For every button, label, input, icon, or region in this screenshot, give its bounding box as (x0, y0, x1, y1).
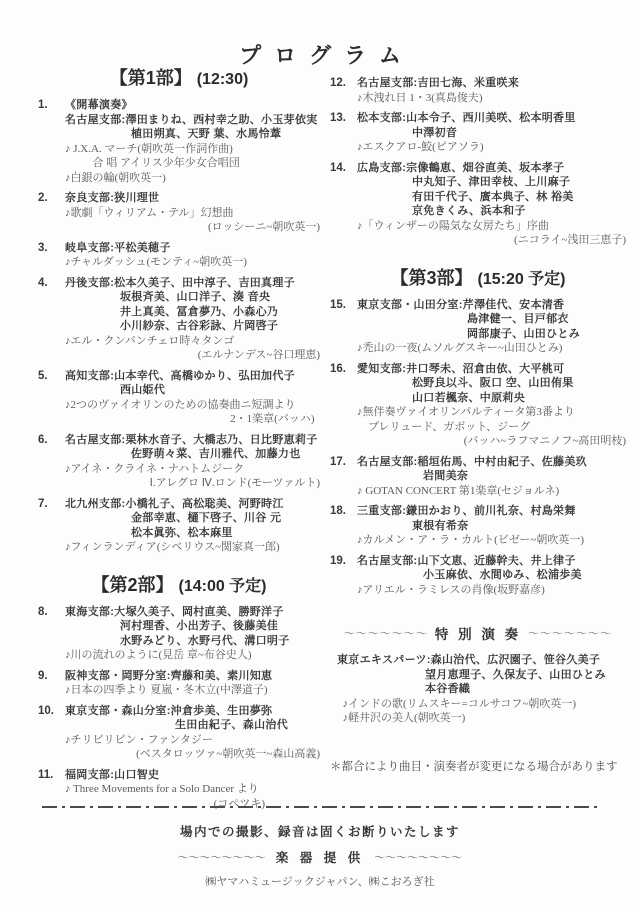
no-recording-notice: 場内での撮影、録音は固くお断りいたします (0, 822, 640, 840)
performer-names: 《開幕演奏》 (65, 98, 320, 113)
performer-names: 金部幸恵、樋下啓子、川谷 元 (65, 511, 320, 526)
song-line: ♪2つのヴァイオリンのための協奏曲ニ短調より (65, 398, 320, 413)
song-line: ♪フィンランディア(シベリウス~関家真一郎) (65, 540, 320, 555)
performer-names: 東海支部:大塚久美子、岡村直美、勝野洋子 (65, 605, 320, 620)
performer-names: 坂根斉美、山口洋子、湊 音央 (65, 290, 320, 305)
section-label: 【第3部】 (390, 268, 472, 288)
song-line: ♪ Three Movements for a Solo Dancer より (65, 782, 320, 797)
item-number: 5. (38, 369, 65, 427)
song-line: (ロッシーニ~朝吹英一) (65, 220, 320, 235)
right-column: 12.名古屋支部:吉田七海、米重咲来♪木洩れ日 1・3(真島俊夫)13.松本支部… (330, 64, 626, 774)
song-line: ♪禿山の一夜(ムソルグスキー~山田ひとみ) (357, 341, 626, 356)
performer-names: 岡部康子、山田ひとみ (357, 327, 626, 342)
item-number: 9. (38, 669, 65, 698)
performer-names: 望月恵理子、久保友子、山田ひとみ (337, 668, 626, 683)
performer-names: 北九州支部:小橋礼子、高松聡美、河野時江 (65, 497, 320, 512)
wave-decoration: 〜〜〜〜〜〜〜 (528, 625, 612, 641)
song-line: ♪軽井沢の美人(朝吹英一) (337, 711, 626, 726)
item-body: 名古屋支部:栗林水音子、大橋志乃、日比野恵莉子佐野萌々菜、吉川雅代、加藤力也♪ア… (65, 433, 320, 491)
performer-names: 小川紗奈、古谷彩詠、片岡啓子 (65, 319, 320, 334)
song-line: ♪木洩れ日 1・3(真島俊夫) (357, 91, 626, 106)
item-number: 17. (330, 455, 357, 499)
performer-names: 東根有希奈 (357, 519, 626, 534)
program-item: 10.東京支部・森山分室:沖倉歩美、生田夢弥生田由紀子、森山治代♪チリビリビン・… (38, 704, 320, 762)
program-page: プログラム 【第1部】(12:30)1.《開幕演奏》名古屋支部:澤田まりね、西村… (0, 0, 640, 905)
performer-names: 河村理香、小出芳子、後藤美佳 (65, 619, 320, 634)
item-number: 8. (38, 605, 65, 663)
item-number: 1. (38, 98, 65, 185)
item-body: 奈良支部:狭川理世♪歌劇「ウィリアム・テル」幻想曲(ロッシーニ~朝吹英一) (65, 191, 320, 235)
performer-names: 丹後支部:松本久美子、田中淳子、吉田真理子 (65, 276, 320, 291)
instrument-provider-line: 〜〜〜〜〜〜〜〜 楽 器 提 供 〜〜〜〜〜〜〜〜 (0, 848, 640, 866)
performer-names: 井上真美、冨倉夢乃、小森心乃 (65, 305, 320, 320)
section-label: 【第2部】 (91, 575, 173, 595)
section-time: (15:20 予定) (477, 271, 565, 288)
performer-names: 福岡支部:山口智史 (65, 768, 320, 783)
item-number: 11. (38, 768, 65, 812)
performer-names: 奈良支部:狭川理世 (65, 191, 320, 206)
performer-names: 名古屋支部:山下文恵、近藤幹夫、井上律子 (357, 554, 626, 569)
song-line: プレリュード、ガボット、ジーグ (357, 420, 626, 435)
item-body: 岐阜支部:平松美穂子♪チャルダッシュ(モンティ~朝吹英一) (65, 241, 320, 270)
item-body: 東海支部:大塚久美子、岡村直美、勝野洋子河村理香、小出芳子、後藤美佳水野みどり、… (65, 605, 320, 663)
performer-names: 山口若楓奈、中原莉央 (357, 391, 626, 406)
wave-decoration: 〜〜〜〜〜〜〜 (344, 625, 428, 641)
change-disclaimer-note: ＊都合により曲目・演奏者が変更になる場合があります (330, 758, 626, 774)
performer-names: 松本支部:山本令子、西川美咲、松本明香里 (357, 111, 626, 126)
performer-names: 東京エキスパーツ:森山治代、広沢園子、笹谷久美子 (337, 653, 626, 668)
performer-names: 東京支部・山田分室:芹澤佳代、安本清香 (357, 298, 626, 313)
song-line: (エルナンデス~谷口理恵) (65, 348, 320, 363)
song-line: ♪エスクアロ-鮫(ピアソラ) (357, 140, 626, 155)
item-body: 丹後支部:松本久美子、田中淳子、吉田真理子坂根斉美、山口洋子、湊 音央井上真美、… (65, 276, 320, 363)
song-line: ♪歌劇「ウィリアム・テル」幻想曲 (65, 206, 320, 221)
item-body: 広島支部:宗像鶴恵、畑谷直美、坂本孝子中丸知子、津田幸枝、上川麻子有田千代子、廣… (357, 161, 626, 248)
item-number: 7. (38, 497, 65, 555)
instrument-provider-label: 楽 器 提 供 (276, 848, 364, 866)
performer-names: 佐野萌々菜、吉川雅代、加藤力也 (65, 447, 320, 462)
item-body: 愛知支部:井口琴未、沼倉由依、大平桃可松野良以斗、阪口 空、山田侑果山口若楓奈、… (357, 362, 626, 449)
section-label: 【第1部】 (110, 68, 192, 88)
song-line: Ⅰ.アレグロ Ⅳ.ロンド(モーツァルト) (65, 476, 320, 491)
item-body: 北九州支部:小橋礼子、高松聡美、河野時江金部幸恵、樋下啓子、川谷 元松本眞弥、松… (65, 497, 320, 555)
performer-names: 中丸知子、津田幸枝、上川麻子 (357, 175, 626, 190)
program-item: 1.《開幕演奏》名古屋支部:澤田まりね、西村幸之助、小玉芽依実植田朔真、天野 葉… (38, 98, 320, 185)
performer-names: 愛知支部:井口琴未、沼倉由依、大平桃可 (357, 362, 626, 377)
performer-names: 阪神支部・岡野分室:齊藤和美、素川知恵 (65, 669, 320, 684)
performer-names: 東京支部・森山分室:沖倉歩美、生田夢弥 (65, 704, 320, 719)
program-item: 3.岐阜支部:平松美穂子♪チャルダッシュ(モンティ~朝吹英一) (38, 241, 320, 270)
performer-names: 水野みどり、水野弓代、溝口明子 (65, 634, 320, 649)
performer-names: 松本眞弥、松本麻里 (65, 526, 320, 541)
section-heading: 【第2部】(14:00 予定) (38, 571, 320, 597)
song-line: ♪アリエル・ラミレスの肖像(坂野嘉彦) (357, 583, 626, 598)
performer-names: 生田由紀子、森山治代 (65, 718, 320, 733)
item-body: 三重支部:鎌田かおり、前川礼奈、村島栄舞東根有希奈♪カルメン・ア・ラ・カルト(ビ… (357, 504, 626, 548)
program-item: 東京エキスパーツ:森山治代、広沢園子、笹谷久美子望月恵理子、久保友子、山田ひとみ… (330, 653, 626, 726)
song-line: 合 唱 アイリス少年少女合唱団 (65, 156, 320, 171)
dash-dot-divider (42, 806, 598, 808)
song-line: ♪カルメン・ア・ラ・カルト(ビゼー~朝吹英一) (357, 533, 626, 548)
song-line: ♪日本の四季より 夏嵐・冬木立(中澤道子) (65, 683, 320, 698)
performer-names: 名古屋支部:栗林水音子、大橋志乃、日比野恵莉子 (65, 433, 320, 448)
performer-names: 名古屋支部:吉田七海、米重咲来 (357, 76, 626, 91)
item-number: 2. (38, 191, 65, 235)
program-item: 14.広島支部:宗像鶴恵、畑谷直美、坂本孝子中丸知子、津田幸枝、上川麻子有田千代… (330, 161, 626, 248)
item-number: 6. (38, 433, 65, 491)
song-line: ♪アイネ・クライネ・ナハトムジーク (65, 462, 320, 477)
performer-names: 岐阜支部:平松美穂子 (65, 241, 320, 256)
performer-names: 高知支部:山本幸代、高橋ゆかり、弘田加代子 (65, 369, 320, 384)
item-body: 東京支部・山田分室:芹澤佳代、安本清香島津健一、目戸郁衣岡部康子、山田ひとみ♪禿… (357, 298, 626, 356)
song-line: ♪無伴奏ヴァイオリンパルティータ第3番より (357, 405, 626, 420)
program-item: 5.高知支部:山本幸代、高橋ゆかり、弘田加代子西山姫代♪2つのヴァイオリンのため… (38, 369, 320, 427)
performer-names: 三重支部:鎌田かおり、前川礼奈、村島栄舞 (357, 504, 626, 519)
program-item: 18.三重支部:鎌田かおり、前川礼奈、村島栄舞東根有希奈♪カルメン・ア・ラ・カル… (330, 504, 626, 548)
item-body: 東京支部・森山分室:沖倉歩美、生田夢弥生田由紀子、森山治代♪チリビリビン・ファン… (65, 704, 320, 762)
item-body: 名古屋支部:山下文恵、近藤幹夫、井上律子小玉麻依、水間ゆみ、松浦歩美♪アリエル・… (357, 554, 626, 598)
performer-names: 西山姫代 (65, 383, 320, 398)
song-line: ♪川の流れのように(見岳 章~布谷史人) (65, 648, 320, 663)
item-body: 阪神支部・岡野分室:齊藤和美、素川知恵♪日本の四季より 夏嵐・冬木立(中澤道子) (65, 669, 320, 698)
program-item: 16.愛知支部:井口琴未、沼倉由依、大平桃可松野良以斗、阪口 空、山田侑果山口若… (330, 362, 626, 449)
performer-names: 松野良以斗、阪口 空、山田侑果 (357, 376, 626, 391)
song-line: ♪エル・クンバンチェロ時々タンゴ (65, 334, 320, 349)
song-line: 2・1楽章(バッハ) (65, 412, 320, 427)
program-item: 6.名古屋支部:栗林水音子、大橋志乃、日比野恵莉子佐野萌々菜、吉川雅代、加藤力也… (38, 433, 320, 491)
footer: 場内での撮影、録音は固くお断りいたします 〜〜〜〜〜〜〜〜 楽 器 提 供 〜〜… (0, 806, 640, 889)
program-item: 7.北九州支部:小橋礼子、高松聡美、河野時江金部幸恵、樋下啓子、川谷 元松本眞弥… (38, 497, 320, 555)
song-line: (ニコライ~浅田三恵子) (357, 233, 626, 248)
item-number: 13. (330, 111, 357, 155)
song-line: ♪インドの歌(リムスキー=コルサコフ~朝吹英一) (337, 697, 626, 712)
performer-names: 有田千代子、廣本典子、林 裕美 (357, 190, 626, 205)
performer-names: 名古屋支部:稲垣佑馬、中村由紀子、佐藤美玖 (357, 455, 626, 470)
section-time: (14:00 予定) (178, 578, 266, 595)
item-number (330, 653, 337, 726)
item-number: 19. (330, 554, 357, 598)
program-item: 15.東京支部・山田分室:芹澤佳代、安本清香島津健一、目戸郁衣岡部康子、山田ひと… (330, 298, 626, 356)
song-line: ♪白銀の輪(朝吹英一) (65, 171, 320, 186)
program-item: 19.名古屋支部:山下文恵、近藤幹夫、井上律子小玉麻依、水間ゆみ、松浦歩美♪アリ… (330, 554, 626, 598)
song-line: ♪「ウィンザーの陽気な女房たち」序曲 (357, 219, 626, 234)
section-heading: 【第3部】(15:20 予定) (330, 264, 626, 290)
section-heading: 【第1部】(12:30) (38, 64, 320, 90)
special-performance-heading: 〜〜〜〜〜〜〜特 別 演 奏〜〜〜〜〜〜〜 (330, 623, 626, 643)
performer-names: 広島支部:宗像鶴恵、畑谷直美、坂本孝子 (357, 161, 626, 176)
wave-decoration: 〜〜〜〜〜〜〜〜 (374, 849, 462, 865)
song-line: ♪チリビリビン・ファンタジー (65, 733, 320, 748)
item-number: 3. (38, 241, 65, 270)
item-number: 14. (330, 161, 357, 248)
performer-names: 京免きくみ、浜本和子 (357, 204, 626, 219)
performer-names: 小玉麻依、水間ゆみ、松浦歩美 (357, 568, 626, 583)
program-item: 11.福岡支部:山口智史♪ Three Movements for a Solo… (38, 768, 320, 812)
program-item: 13.松本支部:山本令子、西川美咲、松本明香里中澤初音♪エスクアロ-鮫(ピアソラ… (330, 111, 626, 155)
item-body: 名古屋支部:稲垣佑馬、中村由紀子、佐藤美玖岩間美奈♪ GOTAN CONCERT… (357, 455, 626, 499)
performer-names: 岩間美奈 (357, 469, 626, 484)
item-number: 18. (330, 504, 357, 548)
item-number: 15. (330, 298, 357, 356)
song-line: (ベスタロッツァ~朝吹英一~森山高義) (65, 747, 320, 762)
item-number: 16. (330, 362, 357, 449)
item-body: 《開幕演奏》名古屋支部:澤田まりね、西村幸之助、小玉芽依実植田朔真、天野 葉、水… (65, 98, 320, 185)
song-line: ♪ GOTAN CONCERT 第1楽章(セジョルネ) (357, 484, 626, 499)
item-number: 4. (38, 276, 65, 363)
left-column: 【第1部】(12:30)1.《開幕演奏》名古屋支部:澤田まりね、西村幸之助、小玉… (38, 64, 320, 817)
section-time: (12:30) (197, 71, 249, 88)
item-body: 東京エキスパーツ:森山治代、広沢園子、笹谷久美子望月恵理子、久保友子、山田ひとみ… (337, 653, 626, 726)
performer-names: 中澤初音 (357, 126, 626, 141)
item-number: 10. (38, 704, 65, 762)
song-line: (バッハ~ラフマニノフ~高田明枝) (357, 434, 626, 449)
item-number: 12. (330, 76, 357, 105)
performer-names: 名古屋支部:澤田まりね、西村幸之助、小玉芽依実 (65, 113, 320, 128)
program-item: 17.名古屋支部:稲垣佑馬、中村由紀子、佐藤美玖岩間美奈♪ GOTAN CONC… (330, 455, 626, 499)
song-line: ♪チャルダッシュ(モンティ~朝吹英一) (65, 255, 320, 270)
provider-companies: ㈱ヤマハミュージックジャパン、㈱こおろぎ社 (0, 873, 640, 889)
item-body: 名古屋支部:吉田七海、米重咲来♪木洩れ日 1・3(真島俊夫) (357, 76, 626, 105)
item-body: 高知支部:山本幸代、高橋ゆかり、弘田加代子西山姫代♪2つのヴァイオリンのための協… (65, 369, 320, 427)
special-performance-label: 特 別 演 奏 (435, 623, 521, 643)
program-item: 8.東海支部:大塚久美子、岡村直美、勝野洋子河村理香、小出芳子、後藤美佳水野みど… (38, 605, 320, 663)
program-item: 9.阪神支部・岡野分室:齊藤和美、素川知恵♪日本の四季より 夏嵐・冬木立(中澤道… (38, 669, 320, 698)
wave-decoration: 〜〜〜〜〜〜〜〜 (178, 849, 266, 865)
song-line: ♪ J.X.A. マーチ(朝吹英一作詞作曲) (65, 142, 320, 157)
performer-names: 植田朔真、天野 葉、水馬怜葦 (65, 127, 320, 142)
program-item: 4.丹後支部:松本久美子、田中淳子、吉田真理子坂根斉美、山口洋子、湊 音央井上真… (38, 276, 320, 363)
performer-names: 島津健一、目戸郁衣 (357, 312, 626, 327)
item-body: 松本支部:山本令子、西川美咲、松本明香里中澤初音♪エスクアロ-鮫(ピアソラ) (357, 111, 626, 155)
program-item: 2.奈良支部:狭川理世♪歌劇「ウィリアム・テル」幻想曲(ロッシーニ~朝吹英一) (38, 191, 320, 235)
program-item: 12.名古屋支部:吉田七海、米重咲来♪木洩れ日 1・3(真島俊夫) (330, 76, 626, 105)
item-body: 福岡支部:山口智史♪ Three Movements for a Solo Da… (65, 768, 320, 812)
performer-names: 本谷香織 (337, 682, 626, 697)
